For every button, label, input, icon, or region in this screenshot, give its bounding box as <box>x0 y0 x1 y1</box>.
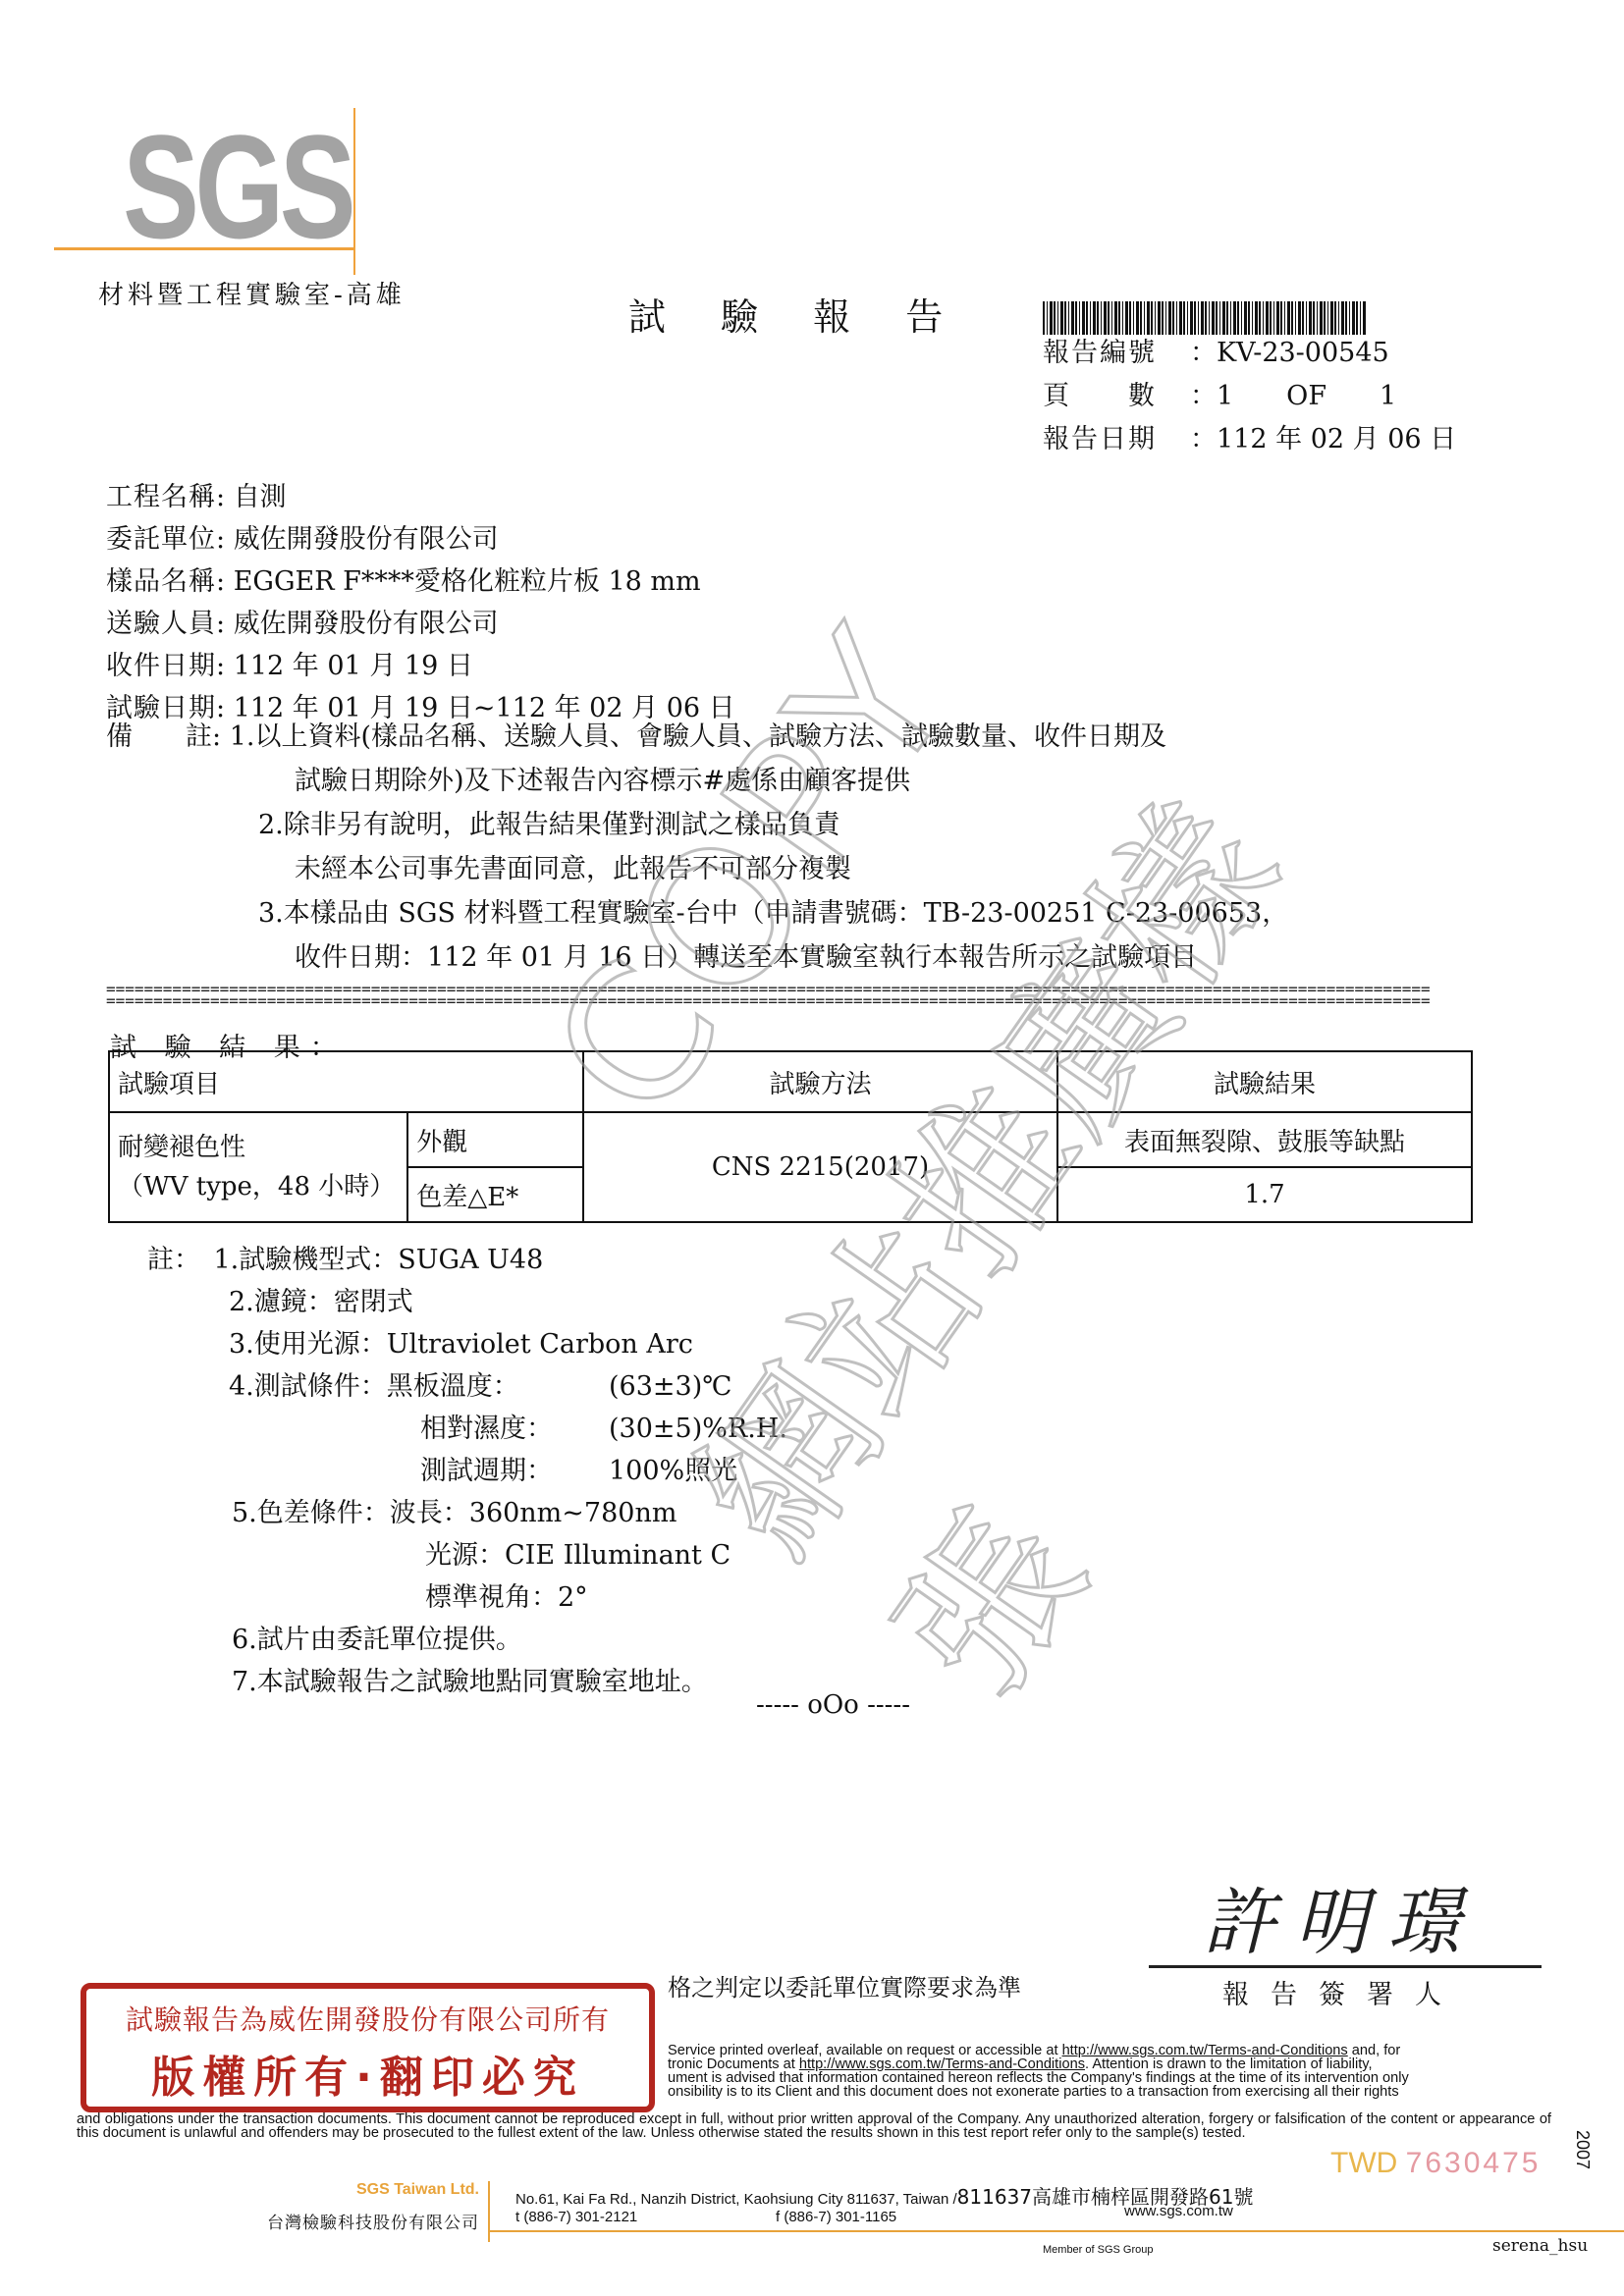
info-project-name: 工程名稱: 自測 <box>106 476 735 518</box>
footer-rule <box>488 2230 1624 2232</box>
report-date: 報告日期：112 年 02 月 06 日 <box>1043 418 1456 461</box>
info-submitter: 送驗人員: 威佐開發股份有限公司 <box>106 603 735 645</box>
remark-line: 3.本樣品由 SGS 材料暨工程實驗室-台中（申請書號碼：TB-23-00251… <box>106 891 1288 935</box>
signature: 許明璟 <box>1203 1865 1480 1969</box>
report-date-label: 報告日期 <box>1043 418 1190 461</box>
criteria-note: 格之判定以委託單位實際要求為準 <box>668 1968 1021 2002</box>
signature-line <box>1149 1965 1542 1968</box>
copyright-stamp: 試驗報告為威佐開發股份有限公司所有 版權所有·翻印必究 <box>81 1983 655 2112</box>
notes-label: 註： <box>147 1245 188 1275</box>
barcode <box>1043 301 1367 335</box>
note-item: 7.本試驗報告之試驗地點同實驗室地址。 <box>147 1661 731 1703</box>
report-date-value: 112 年 02 月 06 日 <box>1217 424 1456 454</box>
remark-line: 1.以上資料(樣品名稱、送驗人員、會驗人員、試驗方法、試驗數量、收件日期及 <box>230 721 1166 752</box>
note-item: 3.使用光源：Ultraviolet Carbon Arc <box>147 1323 731 1365</box>
side-year: 2007 <box>1572 2130 1593 2169</box>
report-number-label: 報告編號 <box>1043 332 1190 375</box>
header-test-method: 試驗方法 <box>583 1051 1057 1112</box>
results-header-row: 試驗項目 試驗方法 試驗結果 <box>109 1051 1472 1112</box>
sub-item-color-diff: 色差△E* <box>407 1167 583 1222</box>
note-item: 4.測試條件：黑板溫度：(63±3)℃ <box>147 1365 731 1408</box>
remark-line: 試驗日期除外)及下述報告內容標示#處係由顧客提供 <box>106 759 1288 803</box>
disclaimer-bottom: and obligations under the transaction do… <box>77 2112 1551 2140</box>
result-appearance: 表面無裂隙、鼓脹等缺點 <box>1057 1112 1472 1167</box>
footer-phone: t (886-7) 301-2121 <box>515 2209 637 2225</box>
stamp-copyright-text: 版權所有·翻印必究 <box>86 2042 649 2105</box>
info-received-date: 收件日期: 112 年 01 月 19 日 <box>106 645 735 687</box>
logo-orange-line <box>54 247 353 250</box>
note-item: 2.濾鏡：密閉式 <box>147 1281 731 1323</box>
remark-line: 2.除非另有說明，此報告結果僅對測試之樣品負責 <box>106 803 1288 847</box>
stamp-ownership-text: 試驗報告為威佐開發股份有限公司所有 <box>86 1999 649 2038</box>
info-sample-name: 樣品名稱: EGGER F****愛格化粧粒片板 18 mm <box>106 561 735 603</box>
divider-dashed: ========================================… <box>106 991 1481 1010</box>
lab-name: 材料暨工程實驗室-高雄 <box>98 275 406 311</box>
page-count-label: 頁 數 <box>1043 375 1190 418</box>
header-test-item: 試驗項目 <box>109 1051 583 1112</box>
test-method-value: CNS 2215(2017) <box>583 1112 1057 1222</box>
end-of-report-mark: ----- oOo ----- <box>756 1690 910 1720</box>
sgs-logo: SGS <box>123 118 352 255</box>
footer-company-zh: 台灣檢驗科技股份有限公司 <box>211 2209 479 2233</box>
results-table: 試驗項目 試驗方法 試驗結果 耐變褪色性 （WV type，48 小時） 外觀 … <box>108 1050 1473 1223</box>
header-test-result: 試驗結果 <box>1057 1051 1472 1112</box>
test-item-name: 耐變褪色性 <box>118 1128 399 1167</box>
page-count: 頁 數：1 OF 1 <box>1043 375 1396 418</box>
info-client: 委託單位: 威佐開發股份有限公司 <box>106 518 735 561</box>
report-number-value: KV-23-00545 <box>1217 338 1389 368</box>
note-item: 標準視角：2° <box>147 1576 731 1619</box>
logo-orange-vline <box>353 108 355 275</box>
sub-item-appearance: 外觀 <box>407 1112 583 1167</box>
note-item: 光源：CIE Illuminant C <box>147 1534 731 1576</box>
signatory-label: 報告簽署人 <box>1222 1973 1463 2011</box>
info-fields: 工程名稱: 自測 委託單位: 威佐開發股份有限公司 樣品名稱: EGGER F*… <box>106 476 735 729</box>
result-color-diff: 1.7 <box>1057 1167 1472 1222</box>
footer-website[interactable]: www.sgs.com.tw <box>1124 2203 1233 2219</box>
table-row: 耐變褪色性 （WV type，48 小時） 外觀 CNS 2215(2017) … <box>109 1112 1472 1167</box>
note-item: 6.試片由委託單位提供。 <box>147 1619 731 1661</box>
footer-username: serena_hsu <box>1492 2236 1588 2256</box>
remark-line: 未經本公司事先書面同意，此報告不可部分複製 <box>106 847 1288 891</box>
serial-number: TWD 7630475 <box>1330 2147 1541 2180</box>
test-item-condition: （WV type，48 小時） <box>118 1167 399 1206</box>
notes: 註： 1.試驗機型式：SUGA U48 2.濾鏡：密閉式 3.使用光源：Ultr… <box>147 1239 731 1703</box>
note-item: 相對濕度：(30±5)%R.H. <box>147 1408 731 1450</box>
remark-line: 收件日期：112 年 01 月 16 日）轉送至本實驗室執行本報告所示之試驗項目 <box>106 935 1288 980</box>
report-number: 報告編號：KV-23-00545 <box>1043 332 1389 375</box>
page-count-value: 1 OF 1 <box>1217 381 1396 411</box>
note-item: 1.試驗機型式：SUGA U48 <box>214 1245 544 1275</box>
footer-company-en: SGS Taiwan Ltd. <box>339 2181 479 2199</box>
note-item: 測試週期：100%照光 <box>147 1450 731 1492</box>
footer-fax: f (886-7) 301-1165 <box>776 2209 896 2225</box>
footer-divider <box>488 2181 490 2242</box>
remarks: 備 註: 1.以上資料(樣品名稱、送驗人員、會驗人員、試驗方法、試驗數量、收件日… <box>106 715 1288 980</box>
document-title: 試 驗 報 告 <box>628 287 964 341</box>
remarks-label: 備 註 <box>106 721 212 752</box>
note-item: 5.色差條件：波長：360nm~780nm <box>147 1492 731 1534</box>
disclaimer-top: Service printed overleaf, available on r… <box>668 2044 1551 2099</box>
test-item-cell: 耐變褪色性 （WV type，48 小時） <box>109 1112 407 1222</box>
footer-member-text: Member of SGS Group <box>1043 2244 1154 2256</box>
